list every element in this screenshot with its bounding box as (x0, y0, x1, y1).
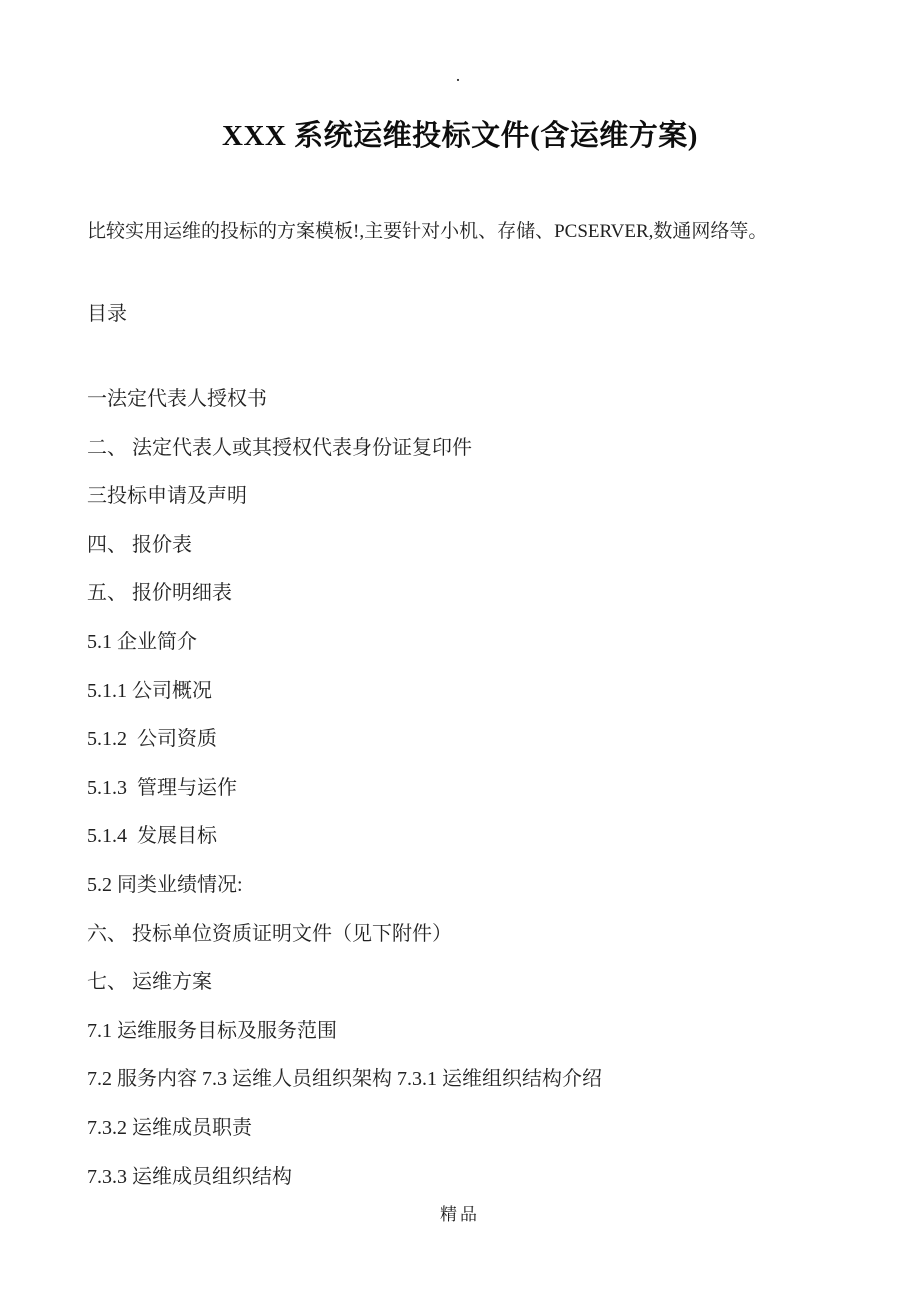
toc-item: 六、 投标单位资质证明文件（见下附件） (87, 910, 867, 959)
stray-period-mark: . (450, 66, 466, 84)
toc-item: 5.1.4 发展目标 (87, 812, 867, 861)
toc-item: 7.2 服务内容 7.3 运维人员组织架构 7.3.1 运维组织结构介绍 (87, 1055, 867, 1104)
footer-watermark: 精品 (0, 1203, 920, 1227)
document-title: XXX 系统运维投标文件(含运维方案) (0, 117, 920, 155)
toc-item: 五、 报价明细表 (87, 569, 867, 618)
document-page: . XXX 系统运维投标文件(含运维方案) 比较实用运维的投标的方案模板!,主要… (0, 0, 920, 1302)
toc-list: 一法定代表人授权书二、 法定代表人或其授权代表身份证复印件三投标申请及声明四、 … (87, 375, 867, 1201)
toc-item: 5.1 企业简介 (87, 618, 867, 667)
toc-item: 5.1.3 管理与运作 (87, 764, 867, 813)
intro-paragraph: 比较实用运维的投标的方案模板!,主要针对小机、存储、PCSERVER,数通网络等… (87, 219, 767, 245)
toc-item: 四、 报价表 (87, 521, 867, 570)
toc-item: 5.1.2 公司资质 (87, 715, 867, 764)
toc-item: 三投标申请及声明 (87, 472, 867, 521)
toc-heading: 目录 (87, 302, 127, 326)
toc-item: 5.1.1 公司概况 (87, 667, 867, 716)
toc-item: 一法定代表人授权书 (87, 375, 867, 424)
toc-item: 7.3.3 运维成员组织结构 (87, 1153, 867, 1202)
toc-item: 7.1 运维服务目标及服务范围 (87, 1007, 867, 1056)
toc-item: 7.3.2 运维成员职责 (87, 1104, 867, 1153)
toc-item: 七、 运维方案 (87, 958, 867, 1007)
toc-item: 5.2 同类业绩情况: (87, 861, 867, 910)
toc-item: 二、 法定代表人或其授权代表身份证复印件 (87, 424, 867, 473)
